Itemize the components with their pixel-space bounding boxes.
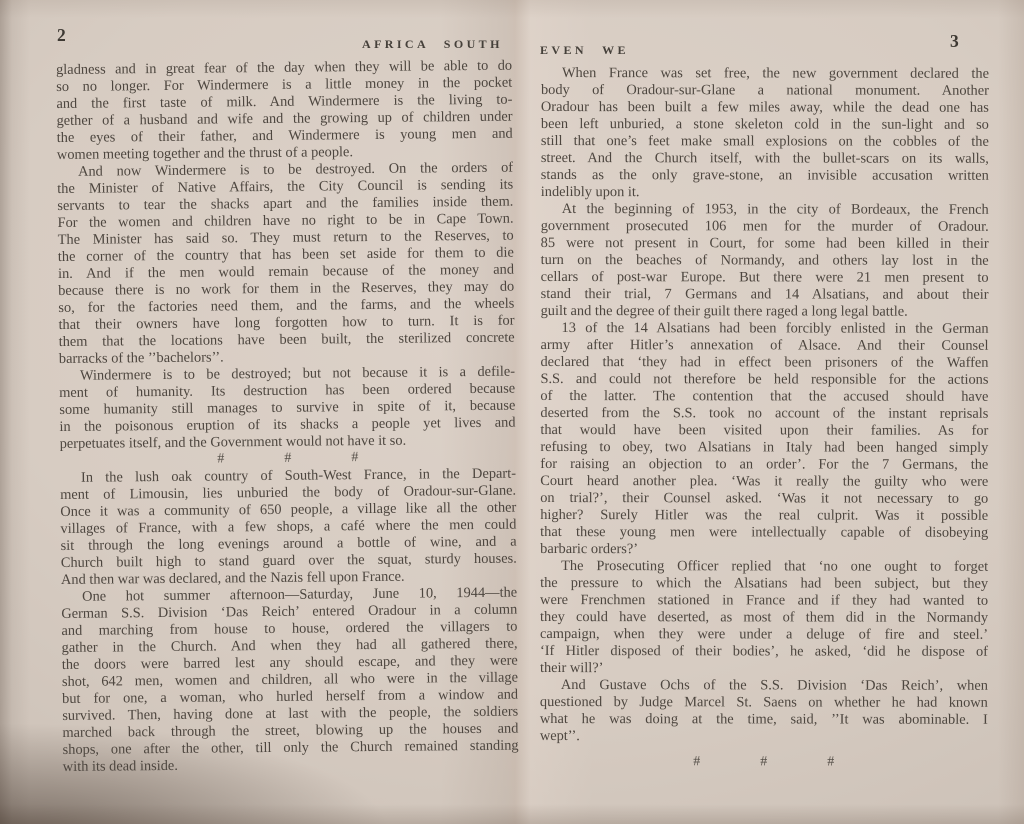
divider-glyph: # [284,451,291,468]
text-line: on trial?’, their Counsel asked. ‘Was it… [540,490,988,508]
text-line: guilt and the degree of their guilt ther… [541,303,989,321]
text-line: body of Oradour-sur-Glane a national mon… [541,82,989,100]
right-running-head: EVEN WE [540,43,629,58]
text-line: been left unburied, a stone skeleton col… [541,116,989,134]
text-line: deserted from the S.S. took no account o… [540,405,988,423]
text-line: At the beginning of 1953, in the city of… [541,201,989,219]
divider-glyph: # [693,754,700,771]
text-line: were Frenchmen stationed in France and i… [540,592,988,610]
text-line: declared that ‘they had in effect been p… [540,354,988,372]
text-line: S.S. and could not therefore be held res… [540,371,988,389]
text-line: that would have been visited upon their … [540,422,988,440]
text-line: stand their trial, 7 Germans and 14 Alsa… [541,286,989,304]
text-line: army after Hitler’s annexation of Alsace… [540,337,988,355]
text-line: refusing to obey, two Alsatians in Italy… [540,439,988,457]
divider-glyph: # [760,754,767,771]
book-spread-photo: 2 AFRICA SOUTH EVEN WE 3 gladness and in… [0,0,1024,824]
text-line: government prosecuted 106 men for the mu… [541,218,989,236]
text-line: with its dead inside. [63,755,519,776]
text-line: questioned by Judge Marcel St. Saens on … [540,694,988,712]
text-line: the pressure to which the Alsatians had … [540,575,988,593]
text-line: they could have deserted, as most of the… [540,609,988,627]
section-divider: ### [540,754,988,772]
text-line: that these young men were intellectually… [540,524,988,542]
divider-glyph: # [351,450,358,467]
text-line: 13 of the 14 Alsatians had been forcibly… [541,320,989,338]
text-line: of the latter. The contention that the a… [540,388,988,406]
text-line: what he was doing at the time, said, ’’I… [540,711,988,729]
text-line: barbaric orders?’ [540,541,988,559]
text-line: 85 were not present in Court, for some h… [541,235,989,253]
left-page-number: 2 [57,25,66,46]
text-line: their will?’ [540,660,988,678]
text-line: And Gustave Ochs of the S.S. Division ‘D… [540,677,988,695]
text-line: cellars of post-war Europe. But there we… [541,269,989,287]
text-line: stands as the only grave-stone, an invis… [541,167,989,185]
right_page-body: When France was set free, the new govern… [540,65,989,772]
divider-glyph: # [217,451,224,468]
left_page-body: gladness and in great fear of the day wh… [56,58,519,776]
text-line: wept’’. [540,728,988,746]
text-line: ‘If Hitler disposed of their bodies’, he… [540,643,988,661]
divider-glyph: # [827,755,834,772]
left-running-head: AFRICA SOUTH [362,37,503,52]
text-line: turn on the beaches of Normandy, and oth… [541,252,989,270]
text-line: Oradour has been built a few miles away,… [541,99,989,117]
text-line: for raising an objection to an order’. F… [540,456,988,474]
text-line: When France was set free, the new govern… [541,65,989,83]
text-line: campaign, when they were under a deluge … [540,626,988,644]
right-page-number: 3 [950,31,959,52]
text-line: street. And the Church itself, with the … [541,150,989,168]
text-line: The Prosecuting Officer replied that ‘no… [540,558,988,576]
text-line: Court heard another plea. ‘Was it really… [540,473,988,491]
text-line: higher? Surely Hitler was the real culpr… [540,507,988,525]
text-line: indelibly upon it. [541,184,989,202]
text-line: still that one’s feet make small explosi… [541,133,989,151]
